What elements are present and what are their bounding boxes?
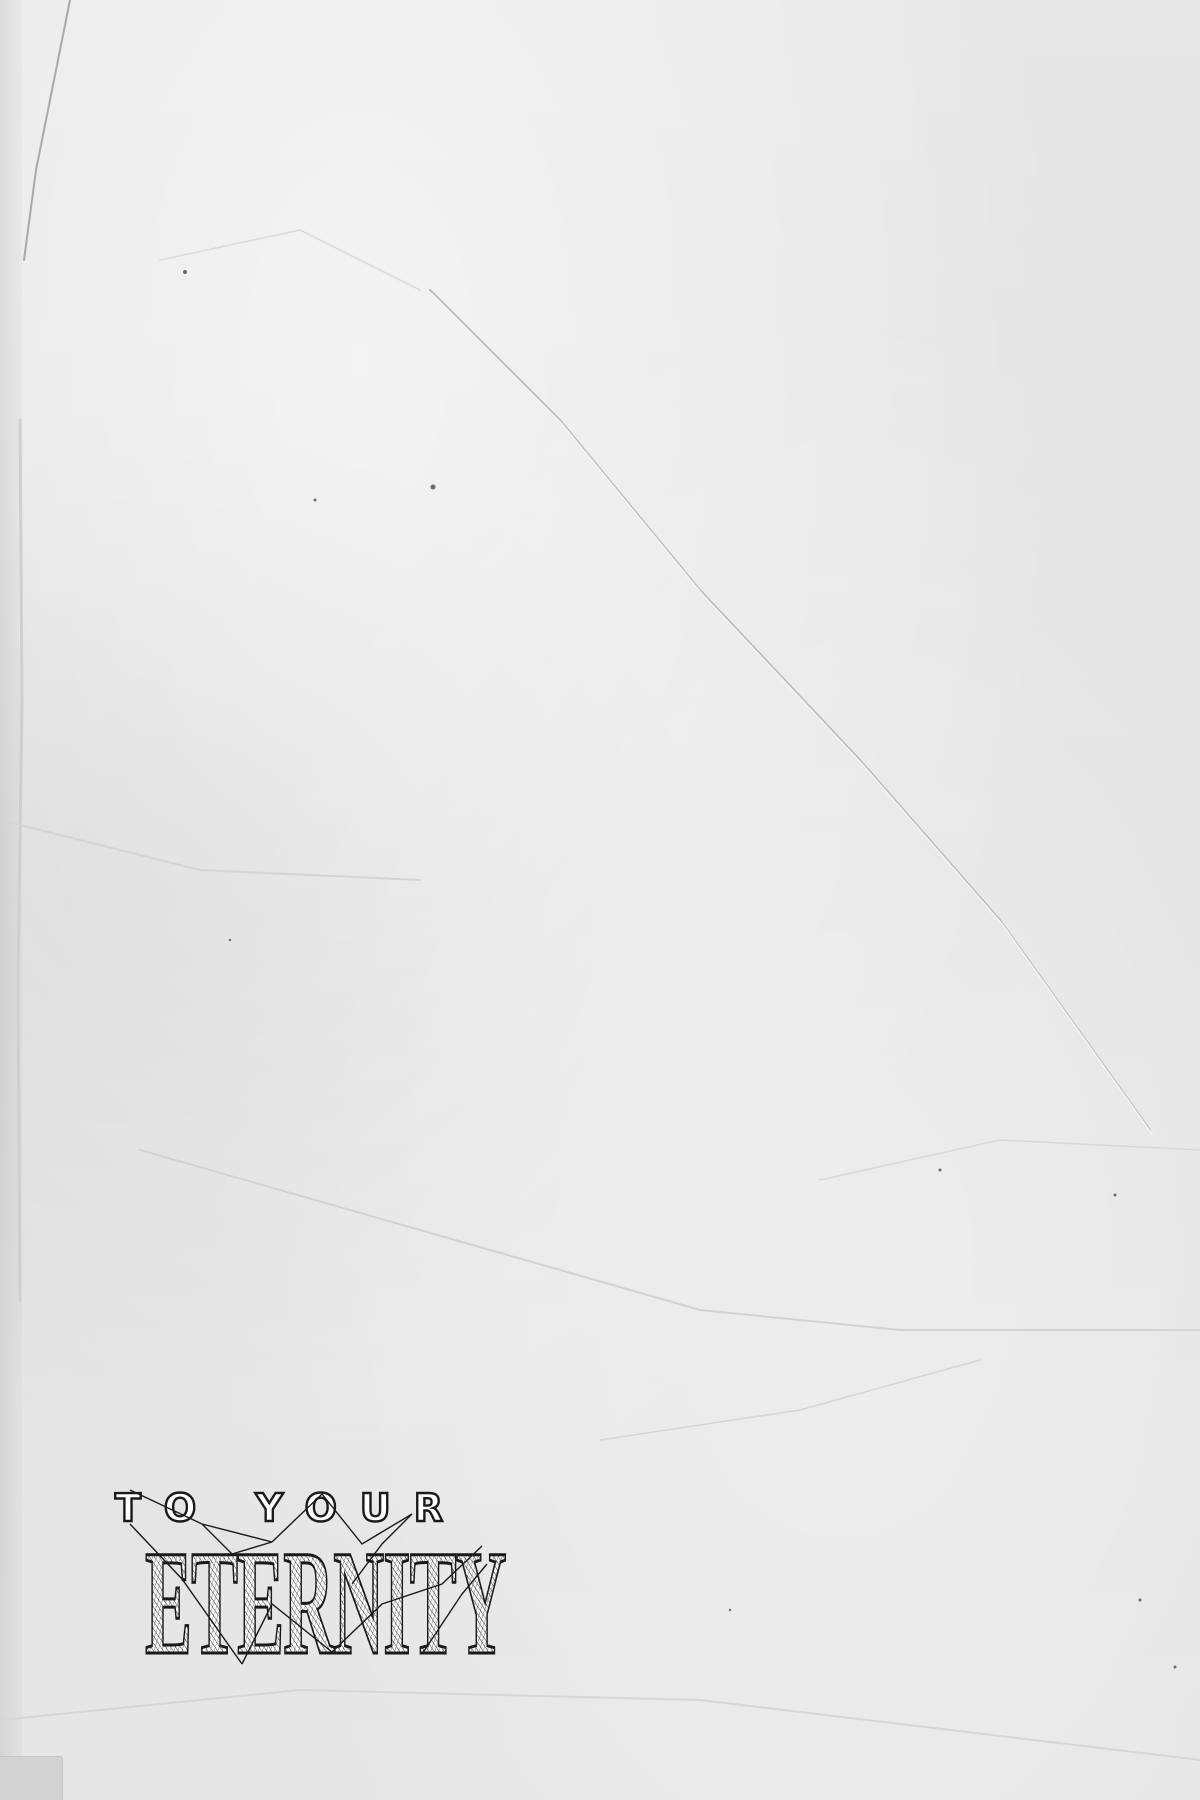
series-logo: TO YOUR ETERNITY [112,1484,502,1674]
corner-tab [0,1756,63,1800]
logo-connector-lines [112,1484,502,1674]
